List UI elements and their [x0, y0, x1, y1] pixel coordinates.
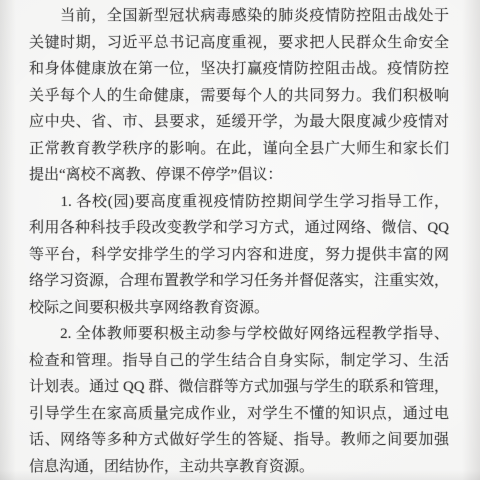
- document-line: 等平台，科学安排学生的学习内容和进度，努力提供丰富的网: [29, 242, 449, 269]
- document-line: 利用各种科技手段改变教学和学习方式，通过网络、微信、QQ: [29, 215, 449, 242]
- document-line: 检查和管理。指导自己的学生结合自身实际，制定学习、生活: [29, 348, 449, 375]
- document-page: 当前，全国新型冠状病毒感染的肺炎疫情防控阻击战处于 关键时期，习近平总书记高度重…: [0, 0, 480, 480]
- document-line-paragraph-end: 提出“离校不离教、停课不停学”倡议：: [29, 162, 449, 189]
- document-line: 计划表。通过 QQ 群、微信群等方式加强与学生的联系和管理，: [29, 374, 449, 401]
- document-line: 关键时期，习近平总书记高度重视，要求把人民群众生命安全: [29, 30, 449, 57]
- document-line-paragraph-end: 信息沟通，团结协作，主动共享教育资源。: [29, 454, 449, 480]
- document-line: 引导学生在家高质量完成作业，对学生不懂的知识点，通过电: [29, 401, 449, 428]
- document-line: 络学习资源，合理布置教学和学习任务并督促落实，注重实效，: [29, 268, 449, 295]
- document-line: 正常教育教学秩序的影响。在此，谨向全县广大师生和家长们: [29, 136, 449, 163]
- document-line: 话、网络等多种方式做好学生的答疑、指导。教师之间要加强: [29, 427, 449, 454]
- document-line-paragraph-end: 校际之间要积极共享网络教育资源。: [29, 295, 449, 322]
- document-line-item-2-start: 2. 全体教师要积极主动参与学校做好网络远程教学指导、: [29, 321, 449, 348]
- document-line-item-1-start: 1. 各校(园)要高度重视疫情防控期间学生学习指导工作，: [29, 189, 449, 216]
- document-line: 关乎每个人的生命健康，需要每个人的共同努力。我们积极响: [29, 83, 449, 110]
- document-line: 应中央、省、市、县要求，延缓开学，为最大限度减少疫情对: [29, 109, 449, 136]
- document-line: 当前，全国新型冠状病毒感染的肺炎疫情防控阻击战处于: [29, 3, 449, 30]
- document-line: 和身体健康放在第一位，坚决打赢疫情防控阻击战。疫情防控: [29, 56, 449, 83]
